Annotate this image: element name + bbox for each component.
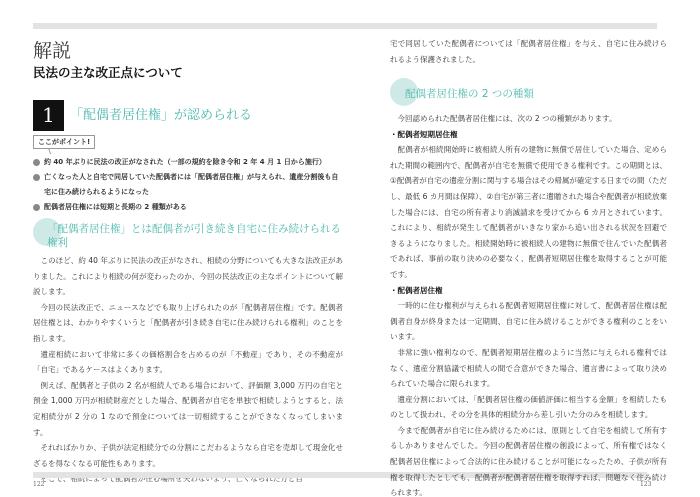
- paragraph: 今まで配偶者が自宅に住み続けるためには、原則として自宅を相続して所有するしかあり…: [390, 423, 667, 497]
- point-text: 亡くなった人と自宅で同居していた配偶者には「配偶者居住権」が与えられ、遺産分割後…: [44, 173, 338, 196]
- paragraph: 非常に強い権利なので、配偶者短期居住権のように当然に与えられる権利ではなく、遺産…: [390, 345, 667, 392]
- left-page: 解説 民法の主な改正点について 1 「配偶者居住権」が認められる ここがポイント…: [0, 0, 350, 497]
- continuation-text: 宅で同居していた配偶者については「配偶者居住権」を与え、自宅に住み続けられるよう…: [390, 36, 667, 67]
- paragraph: このほど、約 40 年ぶりに民法の改正がなされ、相続の分野についても大きな法改正…: [33, 253, 343, 300]
- point-list: 約 40 年ぶりに民法の改正がなされた（一部の規約を除き令和 2 年 4 月 1…: [33, 155, 343, 215]
- page-number: 122: [33, 481, 44, 488]
- section-number-badge: 1: [33, 100, 64, 131]
- subheading: 配偶者居住権の 2 つの種類: [405, 87, 665, 101]
- paragraph: 宅で同居していた配偶者については「配偶者居住権」を与え、自宅に住み続けられるよう…: [390, 36, 667, 67]
- point-callout-label: ここがポイント!: [33, 135, 95, 149]
- paragraph: 今回認められた配偶者居住権には、次の 2 つの種類があります。: [390, 111, 667, 127]
- top-rule: [350, 23, 657, 29]
- section-subhead: ・配偶者短期居住権: [390, 127, 667, 143]
- page-title: 解説: [33, 36, 71, 63]
- bullet-dot-icon: [33, 174, 40, 181]
- paragraph: 例えば、配偶者と子供の 2 名が相続人である場合において、評価額 3,000 万…: [33, 378, 343, 440]
- paragraph: 遺産相続において非常に多くの価格割合を占めるのが「不動産」であり、その不動産が「…: [33, 347, 343, 378]
- paragraph: 配偶者が相続開始時に被相続人所有の建物に無償で居住していた場合、定められた期間の…: [390, 142, 667, 282]
- point-item: 約 40 年ぶりに民法の改正がなされた（一部の規約を除き令和 2 年 4 月 1…: [33, 155, 343, 170]
- paragraph: 遺産分割においては、「配偶者居住権の価値評価に相当する金額」を相続したものとして…: [390, 392, 667, 423]
- point-item: 配偶者居住権には短期と長期の 2 種類がある: [33, 200, 343, 215]
- page-number: 123: [640, 481, 651, 488]
- top-rule: [33, 23, 350, 29]
- section-subhead: ・配偶者居住権: [390, 283, 667, 299]
- paragraph: 一時的に住む権利が与えられる配偶者短期居住権に対して、配偶者居住権は配偶者自身が…: [390, 298, 667, 345]
- body-text: 今回認められた配偶者居住権には、次の 2 つの種類があります。 ・配偶者短期居住…: [390, 111, 667, 497]
- bottom-rule: [33, 472, 350, 478]
- point-text: 配偶者居住権には短期と長期の 2 種類がある: [44, 203, 187, 211]
- section-title: 「配偶者居住権」が認められる: [70, 104, 252, 123]
- paragraph: 今回の民法改正で、ニュースなどでも取り上げられたのが「配偶者居住権」です。配偶者…: [33, 300, 343, 347]
- point-item: 亡くなった人と自宅で同居していた配偶者には「配偶者居住権」が与えられ、遺産分割後…: [33, 170, 343, 200]
- paragraph: それればかりか、子供が法定相続分での分割にこだわるようなら自宅を売却して現金化せ…: [33, 440, 343, 471]
- page-subtitle: 民法の主な改正点について: [33, 63, 183, 81]
- point-text: 約 40 年ぶりに民法の改正がなされた（一部の規約を除き令和 2 年 4 月 1…: [44, 158, 326, 166]
- body-text: このほど、約 40 年ぶりに民法の改正がなされ、相続の分野についても大きな法改正…: [33, 253, 343, 487]
- subheading: 「配偶者居住権」とは配偶者が引き続き自宅に住み続けられる権利: [47, 222, 342, 250]
- bullet-dot-icon: [33, 159, 40, 166]
- bullet-dot-icon: [33, 204, 40, 211]
